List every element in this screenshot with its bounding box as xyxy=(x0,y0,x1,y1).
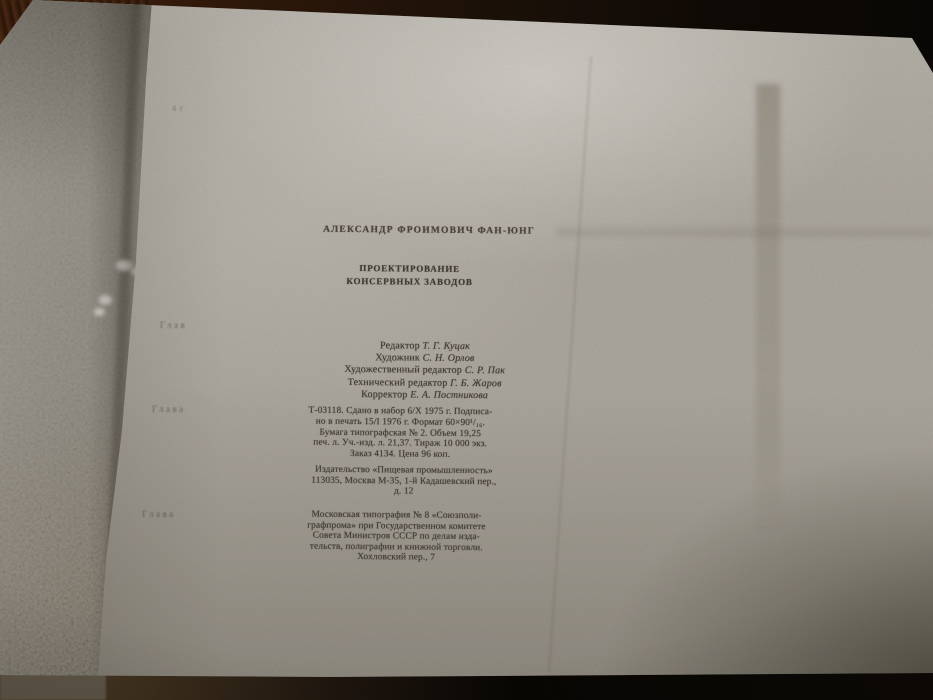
credits-block: Редактор Т. Г. Куцак Художник С. Н. Орло… xyxy=(295,340,556,403)
credit-role: Корректор xyxy=(361,389,407,400)
publisher-line: д. 12 xyxy=(265,485,543,498)
imprint-block: Т-03118. Сдано в набор 6/X 1975 г. Подпи… xyxy=(257,405,543,461)
credit-name: С. Н. Орлов xyxy=(423,353,475,364)
credit-name: Г. Б. Жаров xyxy=(450,377,502,388)
photo-of-book-page: 4 г Глав Глава Глава АЛЕКСАНДР ФРОИМОВИЧ… xyxy=(0,0,933,700)
credit-name: Е. А. Постникова xyxy=(410,389,488,401)
colophon-text-column: АЛЕКСАНДР ФРОИМОВИЧ ФАН-ЮНГ ПРОЕКТИРОВАН… xyxy=(0,0,933,700)
publisher-block: Издательство «Пищевая промышленность» 11… xyxy=(265,464,543,498)
printer-line: Хохловский пер., 7 xyxy=(249,551,543,564)
credit-name: С. Р. Пак xyxy=(465,365,506,376)
book-title-line2: КОНСЕРВНЫХ ЗАВОДОВ xyxy=(329,275,491,289)
credit-role: Художественный редактор xyxy=(344,364,462,376)
credit-role: Редактор xyxy=(380,340,420,351)
credit-role: Технический редактор xyxy=(348,377,448,389)
printing-house-block: Московская типография № 8 «Союзполи- гра… xyxy=(249,509,543,565)
book-title: ПРОЕКТИРОВАНИЕ КОНСЕРВНЫХ ЗАВОДОВ xyxy=(329,262,491,289)
credit-role: Художник xyxy=(375,352,420,363)
author-name: АЛЕКСАНДР ФРОИМОВИЧ ФАН-ЮНГ xyxy=(321,225,537,237)
credit-name: Т. Г. Куцак xyxy=(422,341,470,352)
imprint-line: Заказ 4134. Цена 96 коп. xyxy=(257,448,543,461)
book-page: 4 г Глав Глава Глава АЛЕКСАНДР ФРОИМОВИЧ… xyxy=(0,0,933,700)
credit-line: Корректор Е. А. Постникова xyxy=(295,388,555,402)
